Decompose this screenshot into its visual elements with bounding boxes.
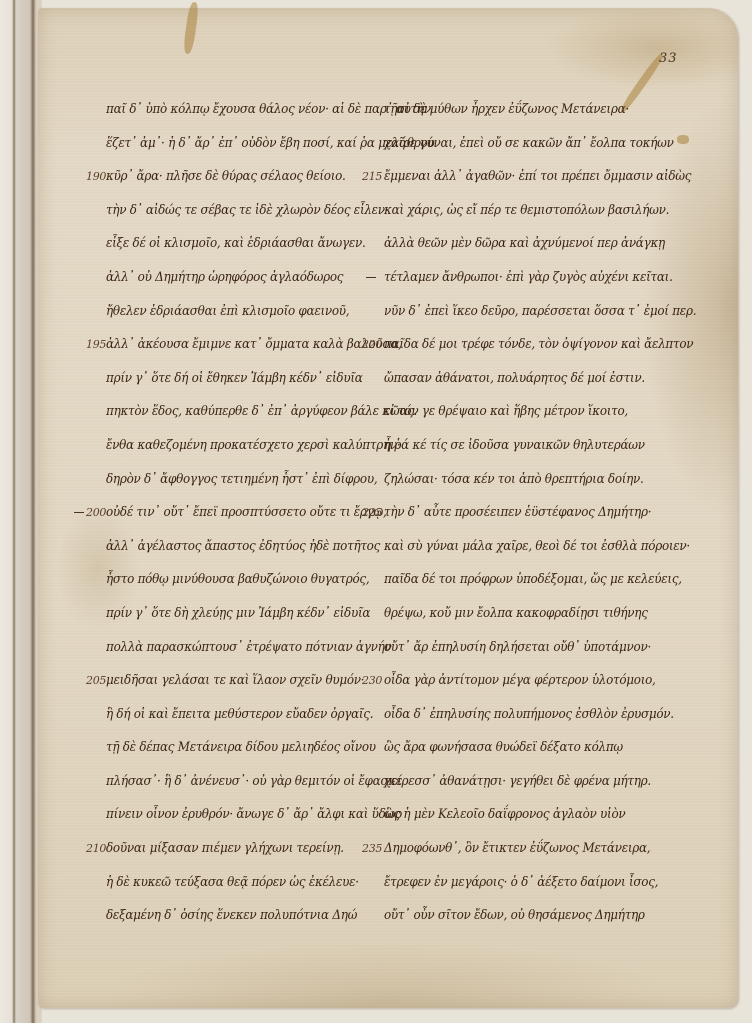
manuscript-line: ἔμμεναι ἀλλ᾽ ἀγαθῶν· ἐπί τοι πρέπει ὄμμα… bbox=[384, 160, 694, 194]
manuscript-line: οὔτ᾽ ἄρ ἐπηλυσίη δηλήσεται οὔθ᾽ ὑποτάμνο… bbox=[384, 631, 694, 665]
manuscript-line: Δημοφόωνθ᾽, ὃν ἔτικτεν ἐΰζωνος Μετάνειρα… bbox=[384, 832, 694, 866]
line-text: θρέψω, κοὔ μιν ἔολπα κακοφραδίῃσι τιθήνη… bbox=[384, 597, 648, 631]
manuscript-line: πλήσασ᾽· ἣ δ᾽ ἀνένευσ᾽· οὐ γὰρ θεμιτόν ο… bbox=[106, 765, 376, 799]
line-text: ἧστο πόθῳ μινύθουσα βαθυζώνοιο θυγατρός, bbox=[106, 563, 369, 597]
manuscript-line: παῖ δ᾽ ὑπὸ κόλπῳ ἔχουσα θάλος νέον· αἱ δ… bbox=[106, 93, 376, 127]
manuscript-line: ἣ δή οἱ καὶ ἔπειτα μεθύστερον εὔαδεν ὀργ… bbox=[106, 698, 376, 732]
line-text: ἀλλ᾽ ἀκέουσα ἔμιμνε κατ᾽ ὄμματα καλὰ βαλ… bbox=[106, 328, 402, 362]
line-text: ἀλλ᾽ οὐ Δημήτηρ ὡρηφόρος ἀγλαόδωρος bbox=[106, 261, 343, 295]
manuscript-line: πίνειν οἶνον ἐρυθρόν· ἄνωγε δ᾽ ἄρ᾽ ἄλφι … bbox=[106, 798, 376, 832]
verse-number: 195 bbox=[86, 328, 106, 362]
manuscript-line: παῖδα δέ τοι πρόφρων ὑποδέξομαι, ὥς με κ… bbox=[384, 563, 694, 597]
line-text: ζηλώσαι· τόσα κέν τοι ἀπὸ θρεπτήρια δοίη… bbox=[384, 463, 644, 497]
manuscript-line: ὣς ἄρα φωνήσασα θυώδεϊ δέξατο κόλπῳ bbox=[384, 731, 694, 765]
line-text: ὣς ἡ μὲν Κελεοῖο δαΐφρονος ἀγλαὸν υἱὸν bbox=[384, 798, 625, 832]
line-text: χαῖρε γύναι, ἐπεὶ οὔ σε κακῶν ἄπ᾽ ἔολπα … bbox=[384, 127, 674, 161]
line-text: δηρὸν δ᾽ ἄφθογγος τετιημένη ἧστ᾽ ἐπὶ δίφ… bbox=[106, 463, 377, 497]
line-text: ἦ ῥά κέ τίς σε ἰδοῦσα γυναικῶν θηλυτεράω… bbox=[384, 429, 645, 463]
line-text: παῖδα δέ τοι πρόφρων ὑποδέξομαι, ὥς με κ… bbox=[384, 563, 682, 597]
line-text: ἔμμεναι ἀλλ᾽ ἀγαθῶν· ἐπί τοι πρέπει ὄμμα… bbox=[384, 160, 691, 194]
manuscript-line: ἤθελεν ἑδριάασθαι ἐπὶ κλισμοῖο φαεινοῦ, bbox=[106, 295, 376, 329]
verse-number: 215 bbox=[362, 160, 382, 194]
manuscript-line: τῇσι δὲ μύθων ἦρχεν ἐΰζωνος Μετάνειρα· bbox=[384, 93, 694, 127]
verse-number: 225 bbox=[362, 496, 382, 530]
verse-number: 205 bbox=[86, 664, 106, 698]
manuscript-line: ἀλλ᾽ οὐ Δημήτηρ ὡρηφόρος ἀγλαόδωρος bbox=[106, 261, 376, 295]
line-text: ὣς ἄρα φωνήσασα θυώδεϊ δέξατο κόλπῳ bbox=[384, 731, 623, 765]
manuscript-line: θρέψω, κοὔ μιν ἔολπα κακοφραδίῃσι τιθήνη… bbox=[384, 597, 694, 631]
line-text: νῦν δ᾽ ἐπεὶ ἵκεο δεῦρο, παρέσσεται ὅσσα … bbox=[384, 295, 696, 329]
manuscript-line: οὔτ᾽ οὖν σῖτον ἔδων, οὐ θησάμενος Δημήτη… bbox=[384, 899, 694, 933]
manuscript-line: τῇ δὲ δέπας Μετάνειρα δίδου μελιηδέος οἴ… bbox=[106, 731, 376, 765]
line-text: οἶδα δ᾽ ἐπηλυσίης πολυπήμονος ἐσθλὸν ἐρυ… bbox=[384, 698, 674, 732]
manuscript-line: ἔτρεφεν ἐν μεγάροις· ὁ δ᾽ ἀέξετο δαίμονι… bbox=[384, 866, 694, 900]
line-text: ἀλλὰ θεῶν μὲν δῶρα καὶ ἀχνύμενοί περ ἀνά… bbox=[384, 227, 665, 261]
manuscript-line: τέτλαμεν ἄνθρωποι· ἐπὶ γὰρ ζυγὸς αὐχένι … bbox=[384, 261, 694, 295]
manuscript-line: εἶξε δέ οἱ κλισμοῖο, καὶ ἑδριάασθαι ἄνωγ… bbox=[106, 227, 376, 261]
line-text: Δημοφόωνθ᾽, ὃν ἔτικτεν ἐΰζωνος Μετάνειρα… bbox=[384, 832, 650, 866]
verse-number: 200 bbox=[86, 496, 106, 530]
manuscript-line: ὣς ἡ μὲν Κελεοῖο δαΐφρονος ἀγλαὸν υἱὸν bbox=[384, 798, 694, 832]
manuscript-line: ἀλλ᾽ ἀγέλαστος ἄπαστος ἐδητύος ἠδὲ ποτῆτ… bbox=[106, 530, 376, 564]
line-text: ἀλλ᾽ ἀγέλαστος ἄπαστος ἐδητύος ἠδὲ ποτῆτ… bbox=[106, 530, 380, 564]
line-text: πρίν γ᾽ ὅτε δή οἱ ἔθηκεν Ἰάμβη κέδν᾽ εἰδ… bbox=[106, 362, 363, 396]
line-text: πλήσασ᾽· ἣ δ᾽ ἀνένευσ᾽· οὐ γὰρ θεμιτόν ο… bbox=[106, 765, 402, 799]
line-text: πολλὰ παρασκώπτουσ᾽ ἐτρέψατο πότνιαν ἁγν… bbox=[106, 631, 391, 665]
manuscript-line: ζηλώσαι· τόσα κέν τοι ἀπὸ θρεπτήρια δοίη… bbox=[384, 463, 694, 497]
folio-number: 33 bbox=[659, 51, 678, 66]
line-text: τὴν δ᾽ αἰδώς τε σέβας τε ἰδὲ χλωρὸν δέος… bbox=[106, 194, 388, 228]
line-text: κῦρ᾽ ἄρα· πλῆσε δὲ θύρας σέλαος θείοιο. bbox=[106, 160, 346, 194]
line-text: τῇσι δὲ μύθων ἦρχεν ἐΰζωνος Μετάνειρα· bbox=[384, 93, 629, 127]
manuscript-line: πολλὰ παρασκώπτουσ᾽ ἐτρέψατο πότνιαν ἁγν… bbox=[106, 631, 376, 665]
verse-number: 230 bbox=[362, 664, 382, 698]
line-text: ὤπασαν ἀθάνατοι, πολυάρητος δέ μοί ἐστιν… bbox=[384, 362, 645, 396]
manuscript-line: μειδῆσαι γελάσαι τε καὶ ἵλαον σχεῖν θυμό… bbox=[106, 664, 376, 698]
line-text: εἶξε δέ οἱ κλισμοῖο, καὶ ἑδριάασθαι ἄνωγ… bbox=[106, 227, 365, 261]
manuscript-line: ἀλλ᾽ ἀκέουσα ἔμιμνε κατ᾽ ὄμματα καλὰ βαλ… bbox=[106, 328, 376, 362]
line-text: τὴν δ᾽ αὖτε προσέειπεν ἐϋστέφανος Δημήτη… bbox=[384, 496, 651, 530]
line-text: οὐδέ τιν᾽ οὔτ᾽ ἔπεϊ προσπτύσσετο οὔτε τι… bbox=[106, 496, 387, 530]
left-text-column: παῖ δ᾽ ὑπὸ κόλπῳ ἔχουσα θάλος νέον· αἱ δ… bbox=[106, 93, 376, 933]
line-text: μειδῆσαι γελάσαι τε καὶ ἵλαον σχεῖν θυμό… bbox=[106, 664, 364, 698]
line-text: χείρεσσ᾽ ἀθανάτῃσι· γεγήθει δὲ φρένα μήτ… bbox=[384, 765, 651, 799]
line-text: παῖδα δέ μοι τρέφε τόνδε, τὸν ὀψίγονον κ… bbox=[384, 328, 693, 362]
manuscript-line: δοῦναι μίξασαν πιέμεν γλήχωνι τερείνῃ.21… bbox=[106, 832, 376, 866]
binding-edge bbox=[0, 0, 42, 1023]
line-text: ἣ δή οἱ καὶ ἔπειτα μεθύστερον εὔαδεν ὀργ… bbox=[106, 698, 373, 732]
line-text: οἶδα γὰρ ἀντίτομον μέγα φέρτερον ὑλοτόμο… bbox=[384, 664, 656, 698]
manuscript-line: οἶδα γὰρ ἀντίτομον μέγα φέρτερον ὑλοτόμο… bbox=[384, 664, 694, 698]
manuscript-line: οὐδέ τιν᾽ οὔτ᾽ ἔπεϊ προσπτύσσετο οὔτε τι… bbox=[106, 496, 376, 530]
manuscript-folio: 33 παῖ δ᾽ ὑπὸ κόλπῳ ἔχουσα θάλος νέον· α… bbox=[38, 8, 738, 1008]
manuscript-line: τὴν δ᾽ αὖτε προσέειπεν ἐϋστέφανος Δημήτη… bbox=[384, 496, 694, 530]
right-text-column: τῇσι δὲ μύθων ἦρχεν ἐΰζωνος Μετάνειρα·χα… bbox=[384, 93, 694, 933]
line-text: καὶ χάρις, ὡς εἴ πέρ τε θεμιστοπόλων βασ… bbox=[384, 194, 669, 228]
manuscript-line: πηκτὸν ἕδος, καθύπερθε δ᾽ ἐπ᾽ ἀργύφεον β… bbox=[106, 395, 376, 429]
verse-number: 210 bbox=[86, 832, 106, 866]
manuscript-line: ἔνθα καθεζομένη προκατέσχετο χερσὶ καλύπ… bbox=[106, 429, 376, 463]
marginal-dash-mark bbox=[74, 512, 84, 513]
manuscript-line: δηρὸν δ᾽ ἄφθογγος τετιημένη ἧστ᾽ ἐπὶ δίφ… bbox=[106, 463, 376, 497]
line-text: ἤθελεν ἑδριάασθαι ἐπὶ κλισμοῖο φαεινοῦ, bbox=[106, 295, 349, 329]
manuscript-line: οἶδα δ᾽ ἐπηλυσίης πολυπήμονος ἐσθλὸν ἐρυ… bbox=[384, 698, 694, 732]
manuscript-line: χείρεσσ᾽ ἀθανάτῃσι· γεγήθει δὲ φρένα μήτ… bbox=[384, 765, 694, 799]
line-text: οὔτ᾽ ἄρ ἐπηλυσίη δηλήσεται οὔθ᾽ ὑποτάμνο… bbox=[384, 631, 651, 665]
manuscript-line: χαῖρε γύναι, ἐπεὶ οὔ σε κακῶν ἄπ᾽ ἔολπα … bbox=[384, 127, 694, 161]
manuscript-line: καὶ σὺ γύναι μάλα χαῖρε, θεοὶ δέ τοι ἐσθ… bbox=[384, 530, 694, 564]
manuscript-line: καὶ χάρις, ὡς εἴ πέρ τε θεμιστοπόλων βασ… bbox=[384, 194, 694, 228]
manuscript-line: τὴν δ᾽ αἰδώς τε σέβας τε ἰδὲ χλωρὸν δέος… bbox=[106, 194, 376, 228]
line-text: παῖ δ᾽ ὑπὸ κόλπῳ ἔχουσα θάλος νέον· αἱ δ… bbox=[106, 93, 431, 127]
manuscript-line: πρίν γ᾽ ὅτε δὴ χλεύῃς μιν Ἰάμβη κέδν᾽ εἰ… bbox=[106, 597, 376, 631]
manuscript-line: δεξαμένη δ᾽ ὁσίης ἕνεκεν πολυπότνια Δηώ bbox=[106, 899, 376, 933]
manuscript-line: ἡ δὲ κυκεῶ τεύξασα θεᾷ πόρεν ὡς ἐκέλευε· bbox=[106, 866, 376, 900]
line-text: δοῦναι μίξασαν πιέμεν γλήχωνι τερείνῃ. bbox=[106, 832, 344, 866]
line-text: καὶ σὺ γύναι μάλα χαῖρε, θεοὶ δέ τοι ἐσθ… bbox=[384, 530, 690, 564]
manuscript-line: ὤπασαν ἀθάνατοι, πολυάρητος δέ μοί ἐστιν… bbox=[384, 362, 694, 396]
manuscript-line: πρίν γ᾽ ὅτε δή οἱ ἔθηκεν Ἰάμβη κέδν᾽ εἰδ… bbox=[106, 362, 376, 396]
line-text: πίνειν οἶνον ἐρυθρόν· ἄνωγε δ᾽ ἄρ᾽ ἄλφι … bbox=[106, 798, 402, 832]
verse-number: 190 bbox=[86, 160, 106, 194]
line-text: ἡ δὲ κυκεῶ τεύξασα θεᾷ πόρεν ὡς ἐκέλευε· bbox=[106, 866, 359, 900]
line-text: πρίν γ᾽ ὅτε δὴ χλεύῃς μιν Ἰάμβη κέδν᾽ εἰ… bbox=[106, 597, 370, 631]
verse-number: 235 bbox=[362, 832, 382, 866]
manuscript-line: ἦ ῥά κέ τίς σε ἰδοῦσα γυναικῶν θηλυτεράω… bbox=[384, 429, 694, 463]
line-text: πηκτὸν ἕδος, καθύπερθε δ᾽ ἐπ᾽ ἀργύφεον β… bbox=[106, 395, 417, 429]
line-text: οὔτ᾽ οὖν σῖτον ἔδων, οὐ θησάμενος Δημήτη… bbox=[384, 899, 645, 933]
line-text: τέτλαμεν ἄνθρωποι· ἐπὶ γὰρ ζυγὸς αὐχένι … bbox=[384, 261, 673, 295]
line-text: τῇ δὲ δέπας Μετάνειρα δίδου μελιηδέος οἴ… bbox=[106, 731, 376, 765]
manuscript-line: παῖδα δέ μοι τρέφε τόνδε, τὸν ὀψίγονον κ… bbox=[384, 328, 694, 362]
line-text: εἰ τόν γε θρέψαιο καὶ ἥβης μέτρον ἵκοιτο… bbox=[384, 395, 628, 429]
line-text: ἔτρεφεν ἐν μεγάροις· ὁ δ᾽ ἀέξετο δαίμονι… bbox=[384, 866, 658, 900]
verse-number: 220 bbox=[362, 328, 382, 362]
manuscript-line: ἧστο πόθῳ μινύθουσα βαθυζώνοιο θυγατρός, bbox=[106, 563, 376, 597]
manuscript-line: εἰ τόν γε θρέψαιο καὶ ἥβης μέτρον ἵκοιτο… bbox=[384, 395, 694, 429]
water-stain bbox=[182, 2, 199, 55]
manuscript-line: κῦρ᾽ ἄρα· πλῆσε δὲ θύρας σέλαος θείοιο.1… bbox=[106, 160, 376, 194]
manuscript-line: ἕζετ᾽ ἀμ᾽· ἡ δ᾽ ἄρ᾽ ἐπ᾽ οὐδὸν ἔβη ποσί, … bbox=[106, 127, 376, 161]
manuscript-line: ἀλλὰ θεῶν μὲν δῶρα καὶ ἀχνύμενοί περ ἀνά… bbox=[384, 227, 694, 261]
line-text: δεξαμένη δ᾽ ὁσίης ἕνεκεν πολυπότνια Δηώ bbox=[106, 899, 357, 933]
manuscript-line: νῦν δ᾽ ἐπεὶ ἵκεο δεῦρο, παρέσσεται ὅσσα … bbox=[384, 295, 694, 329]
marginal-dash-mark bbox=[366, 277, 376, 278]
line-text: ἔνθα καθεζομένη προκατέσχετο χερσὶ καλύπ… bbox=[106, 429, 400, 463]
